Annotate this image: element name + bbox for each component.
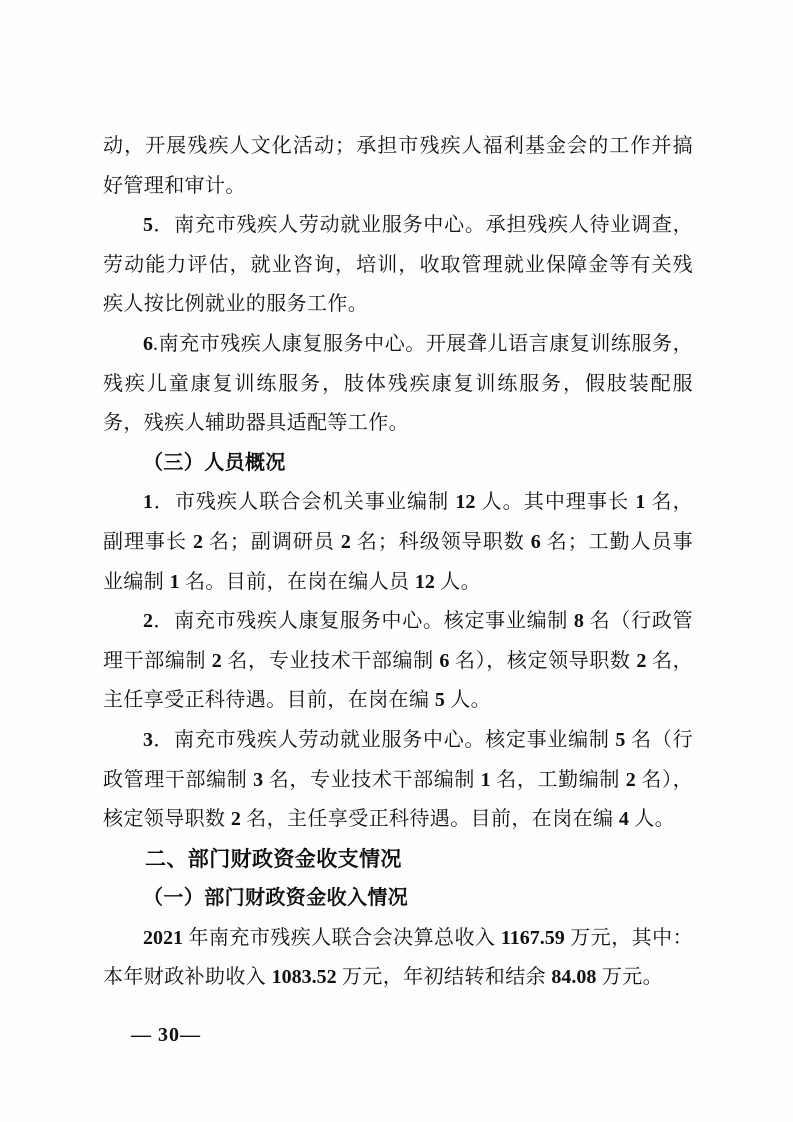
heading-personnel-overview: （三）人员概况 bbox=[103, 444, 693, 484]
paragraph-item-2-rehab-center-staffing: 2．南充市残疾人康复服务中心。核定事业编制 8 名（行政管理干部编制 2 名，专… bbox=[103, 602, 693, 721]
paragraph-culture-work-continuation: 动，开展残疾人文化活动；承担市残疾人福利基金会的工作并搞好管理和审计。 bbox=[103, 127, 693, 206]
page-number: — 30— bbox=[131, 1024, 201, 1047]
document-page: 动，开展残疾人文化活动；承担市残疾人福利基金会的工作并搞好管理和审计。 5．南充… bbox=[0, 0, 793, 1122]
paragraph-item-1-federation-staffing: 1．市残疾人联合会机关事业编制 12 人。其中理事长 1 名，副理事长 2 名；… bbox=[103, 483, 693, 602]
paragraph-item-6-rehab-service-center: 6.南充市残疾人康复服务中心。开展聋儿语言康复训练服务，残疾儿童康复训练服务，肢… bbox=[103, 325, 693, 444]
paragraph-item-5-employment-service-center: 5．南充市残疾人劳动就业服务中心。承担残疾人待业调查，劳动能力评估，就业咨询，培… bbox=[103, 206, 693, 325]
document-body: 动，开展残疾人文化活动；承担市残疾人福利基金会的工作并搞好管理和审计。 5．南充… bbox=[103, 127, 693, 998]
paragraph-item-3-employment-center-staffing: 3．南充市残疾人劳动就业服务中心。核定事业编制 5 名（行政管理干部编制 3 名… bbox=[103, 721, 693, 840]
heading-fiscal-revenue-expenditure: 二、部门财政资金收支情况 bbox=[103, 840, 693, 880]
paragraph-fiscal-revenue-2021: 2021 年南充市残疾人联合会决算总收入 1167.59 万元，其中：本年财政补… bbox=[103, 919, 693, 998]
heading-fiscal-revenue: （一）部门财政资金收入情况 bbox=[103, 879, 693, 919]
